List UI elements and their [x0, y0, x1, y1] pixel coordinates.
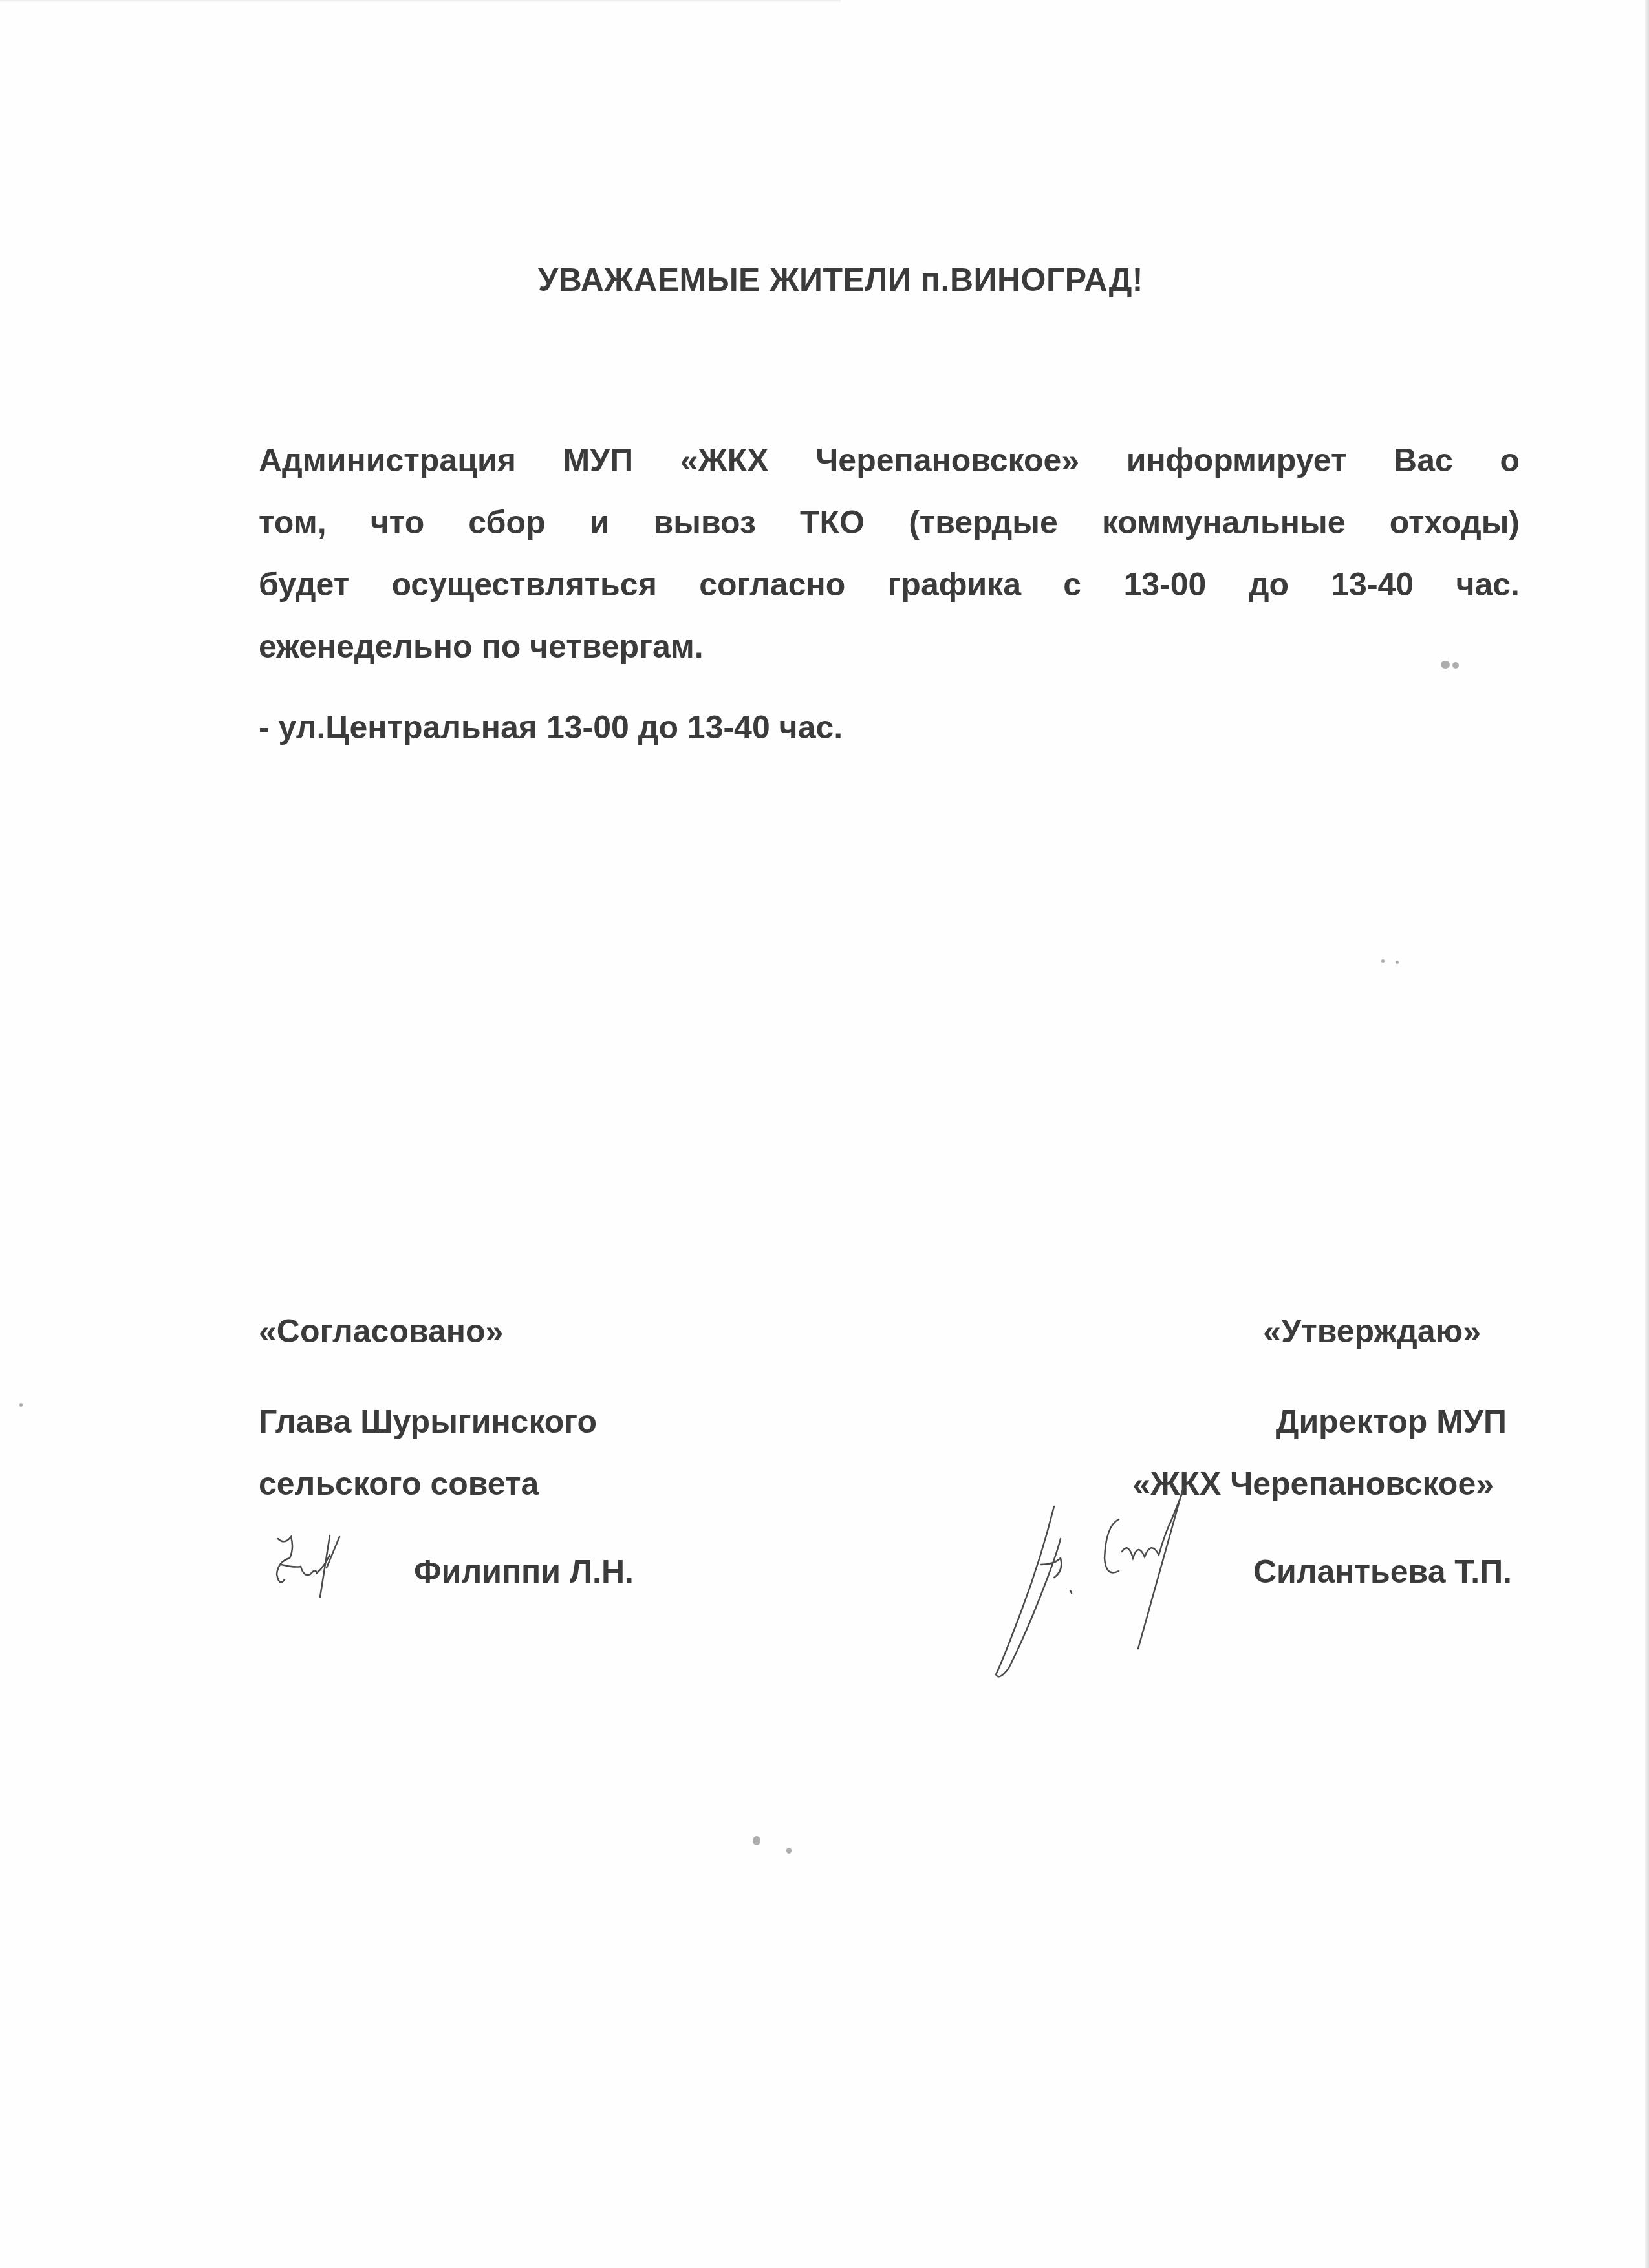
- approved-position-line2: «ЖКХ Черепановское»: [1132, 1465, 1494, 1503]
- agreed-position-line2: сельского совета: [259, 1465, 539, 1503]
- signature-icon: [989, 1481, 1287, 1687]
- paragraph-line: том, что сбор и вывоз ТКО (твердые комму…: [259, 491, 1520, 553]
- paragraph-line: Администрация МУП «ЖКХ Черепановское» ин…: [259, 429, 1520, 491]
- approved-position-line1: Директор МУП: [1276, 1403, 1507, 1440]
- signature-icon: [265, 1529, 356, 1600]
- agreed-name: Филиппи Л.Н.: [414, 1553, 634, 1590]
- announcement-paragraph: Администрация МУП «ЖКХ Черепановское» ин…: [259, 429, 1520, 678]
- approved-name: Силантьева Т.П.: [1253, 1553, 1512, 1590]
- scan-speck: [1441, 661, 1450, 669]
- paragraph-line: будет осуществляться согласно графика с …: [259, 553, 1520, 615]
- document-page: УВАЖАЕМЫЕ ЖИТЕЛИ п.ВИНОГРАД! Администрац…: [0, 0, 1649, 2268]
- scan-speck: [753, 1836, 760, 1845]
- agreed-header: «Согласовано»: [259, 1312, 503, 1350]
- scan-speck: [1396, 961, 1399, 964]
- scan-right-edge: [1645, 0, 1649, 2268]
- document-title: УВАЖАЕМЫЕ ЖИТЕЛИ п.ВИНОГРАД!: [0, 261, 1649, 299]
- paragraph-line: еженедельно по четвергам.: [259, 615, 1520, 678]
- approved-header: «Утверждаю»: [1263, 1312, 1481, 1350]
- scan-speck: [1452, 662, 1459, 669]
- scan-speck: [786, 1848, 792, 1854]
- scan-top-edge: [0, 0, 841, 3]
- scan-speck: [1381, 959, 1385, 963]
- schedule-item: - ул.Центральная 13-00 до 13-40 час.: [259, 709, 843, 746]
- scan-speck: [19, 1403, 23, 1407]
- agreed-position-line1: Глава Шурыгинского: [259, 1403, 597, 1440]
